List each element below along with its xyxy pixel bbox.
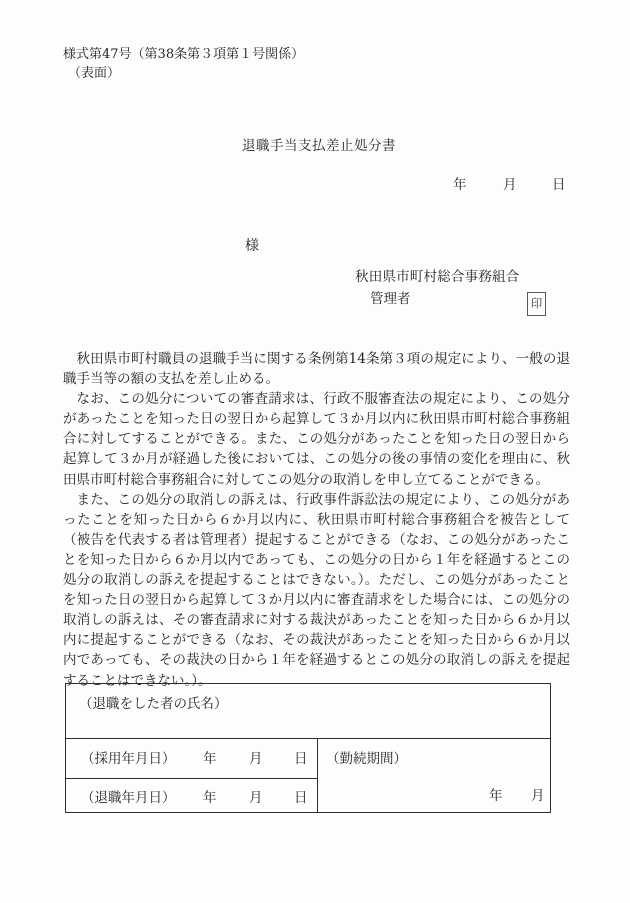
retire-year-label: 年 bbox=[203, 792, 217, 806]
hire-date-label: （採用年月日） bbox=[81, 753, 176, 767]
form-number: 様式第47号（第38条第３項第１号関係） bbox=[63, 48, 304, 61]
seal-box: 印 bbox=[527, 292, 546, 316]
retiree-name-label: （退職をした者の氏名） bbox=[79, 698, 228, 712]
issuer-organization: 秋田県市町村総合事務組合 bbox=[355, 271, 519, 285]
issuer-title: 管理者 bbox=[370, 293, 411, 307]
hire-year-label: 年 bbox=[203, 753, 217, 767]
document-title: 退職手当支払差止処分書 bbox=[242, 140, 396, 154]
service-period-month-label: 月 bbox=[531, 790, 545, 804]
retiree-info-table: （退職をした者の氏名） （採用年月日） 年 月 日 （退職年月日） 年 月 日 … bbox=[65, 683, 551, 813]
body-paragraph-1: 秋田県市町村職員の退職手当に関する条例第14条第３項の規定により、一般の退職手当… bbox=[63, 349, 570, 389]
issue-date-month-label: 月 bbox=[503, 179, 517, 193]
table-vertical-divider bbox=[317, 738, 318, 812]
body-paragraph-3: また、この処分の取消しの訴えは、行政事件訴訟法の規定により、この処分があったこと… bbox=[63, 490, 570, 691]
table-horizontal-divider-2 bbox=[66, 778, 317, 779]
issue-date-year-label: 年 bbox=[453, 179, 467, 193]
hire-day-label: 日 bbox=[294, 753, 308, 767]
body-paragraph-2: なお、この処分についての審査請求は、行政不服審査法の規定により、この処分があった… bbox=[63, 389, 570, 489]
issue-date-day-label: 日 bbox=[552, 179, 566, 193]
surface-label: （表面） bbox=[68, 67, 120, 80]
addressee-honorific: 様 bbox=[245, 239, 259, 253]
service-period-label: （勤続期間） bbox=[326, 753, 407, 767]
retire-month-label: 月 bbox=[249, 792, 263, 806]
hire-month-label: 月 bbox=[249, 753, 263, 767]
seal-mark: 印 bbox=[531, 298, 543, 310]
table-horizontal-divider-1 bbox=[66, 738, 550, 739]
document-page: 様式第47号（第38条第３項第１号関係） （表面） 退職手当支払差止処分書 年 … bbox=[0, 0, 630, 903]
service-period-year-label: 年 bbox=[489, 790, 503, 804]
retire-day-label: 日 bbox=[294, 792, 308, 806]
body-text: 秋田県市町村職員の退職手当に関する条例第14条第３項の規定により、一般の退職手当… bbox=[63, 349, 570, 691]
retire-date-label: （退職年月日） bbox=[81, 792, 176, 806]
